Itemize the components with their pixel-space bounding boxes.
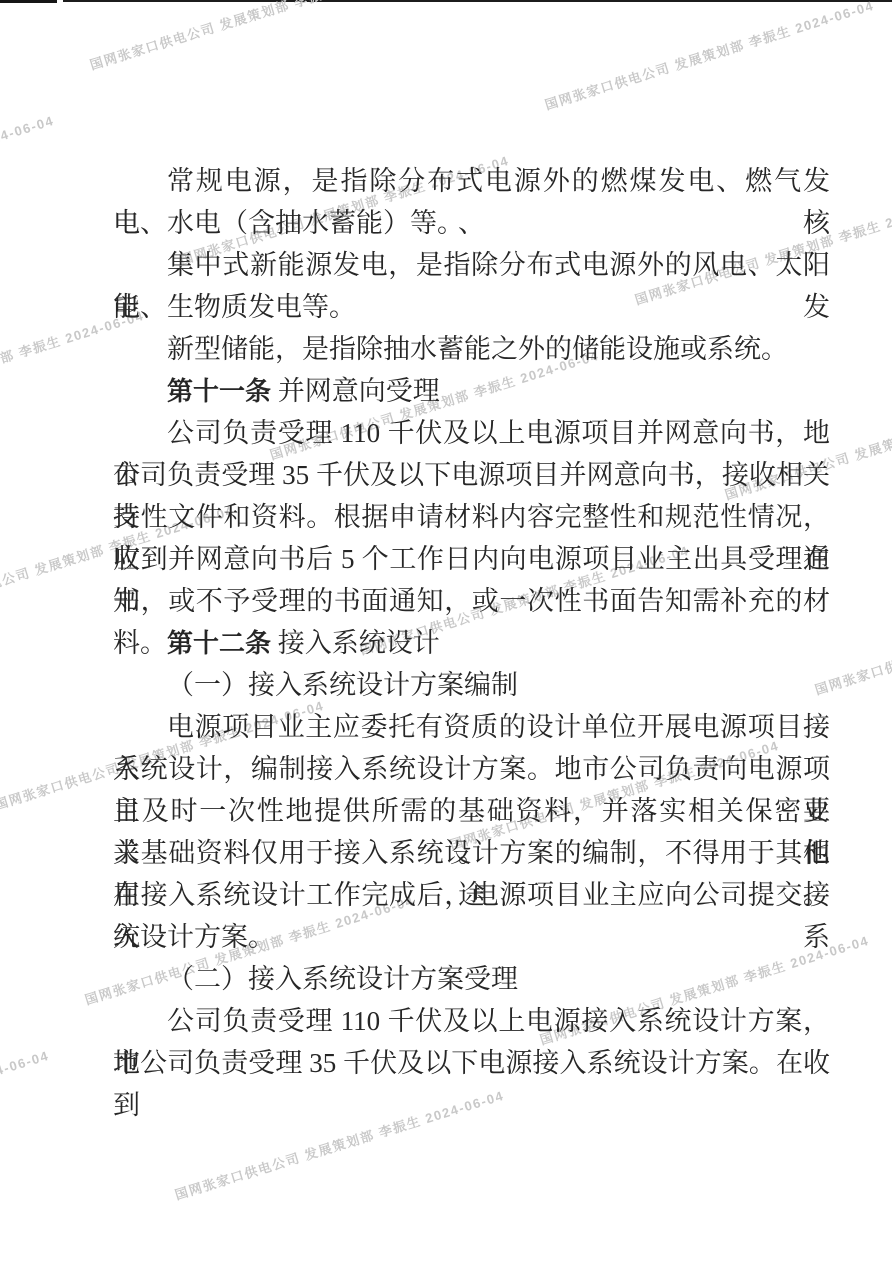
text-segment: 电、水电（含抽水蓄能）等。 — [113, 208, 464, 238]
text-line: 公司负责受理 35 千伏及以下电源项目并网意向书，接收相关支 — [113, 454, 830, 496]
text-segment: 电、生物质发电等。 — [113, 292, 356, 322]
text-line: 在接入系统设计工作完成后，电源项目业主应向公司提交接入系 — [113, 874, 830, 916]
item-1-heading: （一）接入系统设计方案编制 — [113, 664, 830, 706]
text-line: 关基础资料仅用于接入系统设计方案的编制，不得用于其他用途。 — [113, 832, 830, 874]
text-segment: （二）接入系统设计方案受理 — [167, 964, 518, 994]
watermark-text: 国网张家口供电公司 发展策划部 李振生 2024-06-04 — [172, 1085, 506, 1204]
text-segment: 并网意向受理 — [271, 376, 440, 406]
scan-artifact-line-left — [0, 0, 57, 3]
article-12-heading: 第十二条 接入系统设计 — [113, 622, 830, 664]
text-line: 持性文件和资料。根据申请材料内容完整性和规范性情况，应在 — [113, 496, 830, 538]
text-line: 常规电源，是指除分布式电源外的燃煤发电、燃气发电、核 — [113, 160, 830, 202]
article-number-bold: 第十二条 — [167, 629, 271, 659]
text-line: 书，或不予受理的书面通知，或一次性书面告知需补充的材料。 — [113, 580, 830, 622]
scan-artifact-line-right — [63, 0, 892, 2]
text-line: 系统设计，编制接入系统设计方案。地市公司负责向电源项目业 — [113, 748, 830, 790]
text-line: 市公司负责受理 35 千伏及以下电源接入系统设计方案。在收到 — [113, 1042, 830, 1084]
article-number-bold: 第十一条 — [167, 377, 271, 407]
text-segment: 新型储能，是指除抽水蓄能之外的储能设施或系统。 — [167, 334, 788, 364]
text-line: 公司负责受理 110 千伏及以上电源接入系统设计方案，地 — [113, 1000, 830, 1042]
watermark-text: 国网张家口供电公司 发展策划部 李振生 2024-06-04 — [87, 0, 421, 74]
document-page: 国网张家口供电公司 发展策划部 李振生 2024-06-04国网张家口供电公司 … — [0, 0, 892, 1262]
text-line: 收到并网意向书后 5 个工作日内向电源项目业主出具受理通知 — [113, 538, 830, 580]
text-line: 新型储能，是指除抽水蓄能之外的储能设施或系统。 — [113, 328, 830, 370]
watermark-text: 国网张家口供电公司 发展策划部 李振生 2024-06-04 — [0, 1045, 51, 1164]
article-11-heading: 第十一条 并网意向受理 — [113, 370, 830, 412]
item-2-heading: （二）接入系统设计方案受理 — [113, 958, 830, 1000]
watermark-text: 国网张家口供电公司 发展策划部 李振生 2024-06-04 — [542, 0, 876, 114]
watermark-text: 国网张家口供电公司 发展策划部 李振生 2024-06-04 — [0, 110, 56, 229]
text-segment: 统设计方案。 — [113, 922, 275, 952]
document-body: 常规电源，是指除分布式电源外的燃煤发电、燃气发电、核电、水电（含抽水蓄能）等。集… — [113, 160, 830, 1084]
text-line: 公司负责受理 110 千伏及以上电源项目并网意向书，地市 — [113, 412, 830, 454]
text-line: 电源项目业主应委托有资质的设计单位开展电源项目接入 — [113, 706, 830, 748]
text-line: 主及时一次性地提供所需的基础资料，并落实相关保密要求。相 — [113, 790, 830, 832]
text-segment: 市公司负责受理 35 千伏及以下电源接入系统设计方案。在收到 — [113, 1048, 830, 1120]
text-segment: （一）接入系统设计方案编制 — [167, 670, 518, 700]
text-segment: 接入系统设计 — [271, 628, 440, 658]
text-line: 集中式新能源发电，是指除分布式电源外的风电、太阳能发 — [113, 244, 830, 286]
